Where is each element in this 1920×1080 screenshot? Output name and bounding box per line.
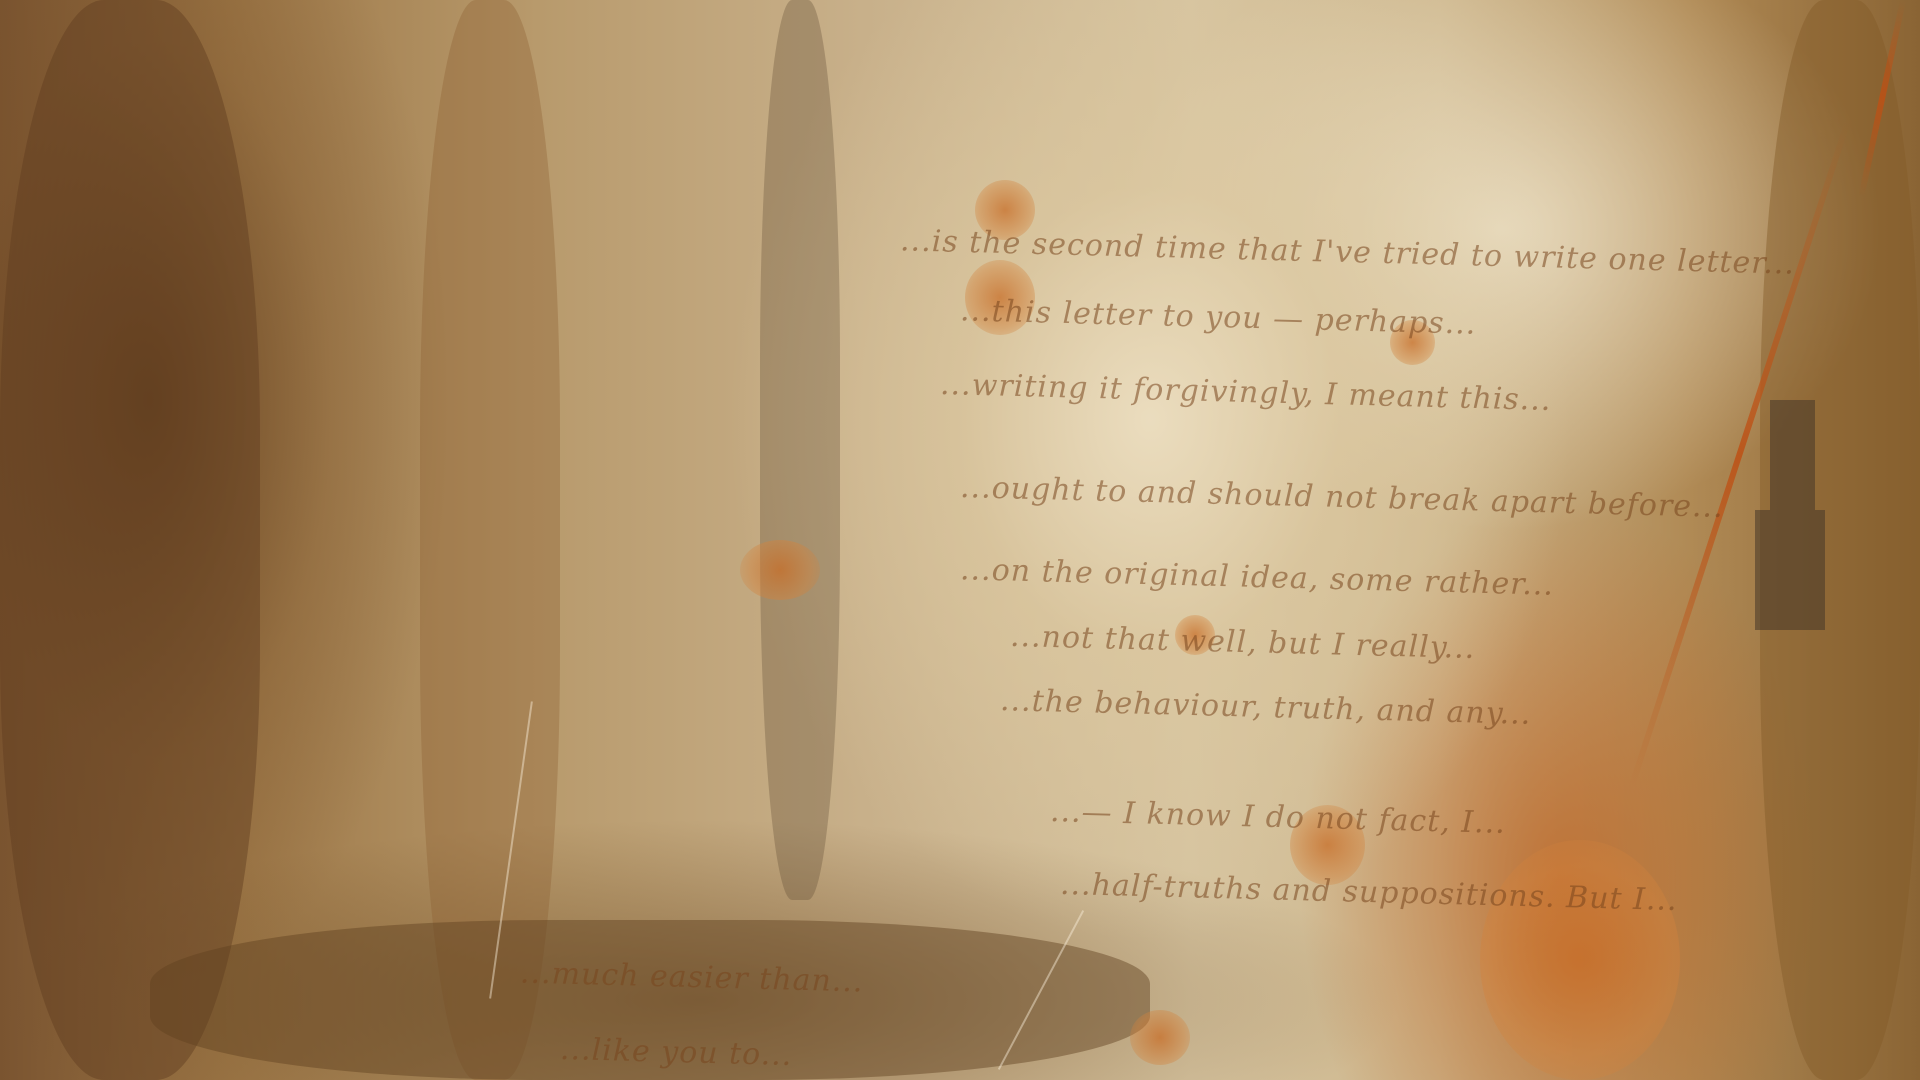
handwriting-line: ...is the second time that I've tried to… — [900, 223, 1796, 281]
handwriting-line: ...— I know I do not fact, I... — [1050, 794, 1507, 841]
handwriting-line: ...this letter to you — perhaps... — [960, 293, 1477, 342]
handwriting-line: ...the behaviour, truth, and any... — [1000, 683, 1532, 732]
handwriting-line: ...not that well, but I really... — [1010, 619, 1476, 666]
handwriting-line: ...ought to and should not break apart b… — [960, 470, 1724, 525]
brown-streak — [0, 0, 260, 1080]
rust-stain — [1130, 1010, 1190, 1065]
dark-patch — [1770, 400, 1815, 510]
dark-patch — [1755, 510, 1825, 630]
rust-stain — [740, 540, 820, 600]
grunge-paper-background: ...is the second time that I've tried to… — [0, 0, 1920, 1080]
brown-streak — [760, 0, 840, 900]
rust-stain — [1480, 840, 1680, 1080]
handwriting-line: ...writing it forgivingly, I meant this.… — [940, 367, 1552, 418]
handwriting-line: ...like you to... — [560, 1032, 793, 1073]
brown-streak — [420, 0, 560, 1080]
handwriting-line: ...on the original idea, some rather... — [960, 552, 1555, 603]
